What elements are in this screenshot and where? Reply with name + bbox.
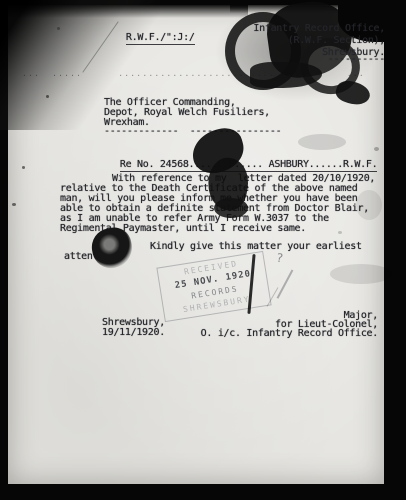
subject-line-text: Re No. 24568.......P..... ASHBURY......R…	[120, 159, 377, 172]
ink-speck	[46, 95, 49, 98]
ink-speck	[57, 27, 60, 30]
ink-speck	[12, 203, 16, 206]
ink-speck	[338, 231, 342, 234]
ink-speck	[22, 166, 25, 169]
signature-office: O. i/c. Infantry Record Office.	[201, 329, 378, 339]
ink-blot-mid-hook	[214, 198, 248, 218]
reference-code-text: R.W.F./":J:/	[126, 32, 195, 45]
smudge-right-margin	[356, 190, 382, 220]
sender-rule: ----------	[328, 55, 385, 65]
date-line: 19/11/1920.	[102, 328, 165, 338]
ink-wash-mid	[298, 134, 346, 150]
smudge-right-of-stamp	[330, 264, 392, 284]
closing-line-1: Kindly give this matter your earliest	[150, 242, 362, 252]
leader-dots: ... ..... .......................... ...…	[22, 69, 406, 79]
reference-code: R.W.F./":J:/	[103, 23, 195, 53]
sender-line-1: Infantry Record Office,	[253, 24, 385, 34]
scanned-letter: R.W.F./":J:/ Infantry Record Office, (R.…	[0, 0, 406, 500]
recipient-rule: ------------- ----------------	[104, 127, 281, 137]
ink-speck	[374, 147, 379, 151]
sender-line-2: (R.W.F. Section),	[288, 36, 385, 46]
